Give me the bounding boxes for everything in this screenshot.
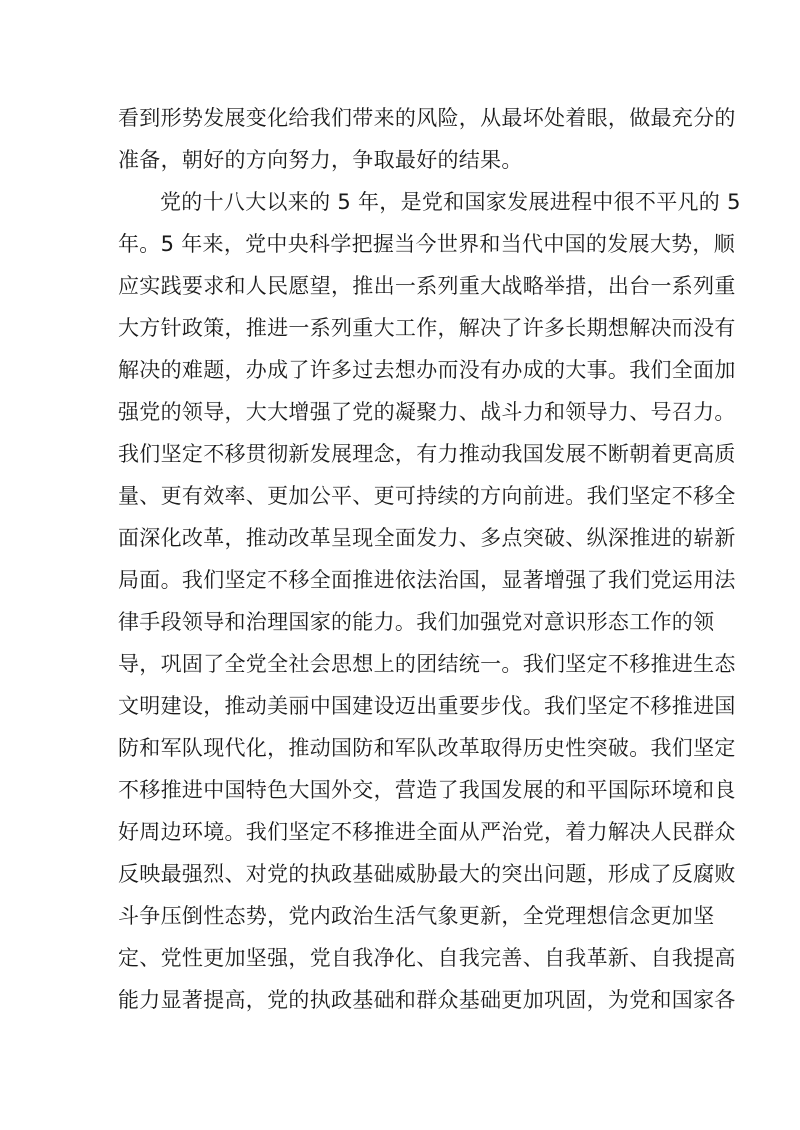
text-line: 局面。我们坚定不移全面推进依法治国，显著增强了我们党运用法 [118, 559, 680, 601]
text-line: 防和军队现代化，推动国防和军队改革取得历史性突破。我们坚定 [118, 727, 680, 769]
text-line: 解决的难题，办成了许多过去想办而没有办成的大事。我们全面加 [118, 349, 680, 391]
document-page: 看到形势发展变化给我们带来的风险，从最坏处着眼，做最充分的 准备，朝好的方向努力… [0, 0, 800, 1130]
text-line: 强党的领导，大大增强了党的凝聚力、战斗力和领导力、号召力。 [118, 391, 680, 433]
text-line: 能力显著提高，党的执政基础和群众基础更加巩固，为党和国家各 [118, 979, 680, 1021]
text-line: 我们坚定不移贯彻新发展理念，有力推动我国发展不断朝着更高质 [118, 433, 680, 475]
text-line: 不移推进中国特色大国外交，营造了我国发展的和平国际环境和良 [118, 769, 680, 811]
text-line: 反映最强烈、对党的执政基础威胁最大的突出问题，形成了反腐败 [118, 853, 680, 895]
text-line: 面深化改革，推动改革呈现全面发力、多点突破、纵深推进的崭新 [118, 517, 680, 559]
text-line: 准备，朝好的方向努力，争取最好的结果。 [118, 139, 680, 181]
text-line: 量、更有效率、更加公平、更可持续的方向前进。我们坚定不移全 [118, 475, 680, 517]
text-line: 应实践要求和人民愿望，推出一系列重大战略举措，出台一系列重 [118, 265, 680, 307]
text-line: 大方针政策，推进一系列重大工作，解决了许多长期想解决而没有 [118, 307, 680, 349]
text-line: 斗争压倒性态势，党内政治生活气象更新，全党理想信念更加坚 [118, 895, 680, 937]
text-line: 年。5 年来，党中央科学把握当今世界和当代中国的发展大势，顺 [118, 223, 680, 265]
text-body: 看到形势发展变化给我们带来的风险，从最坏处着眼，做最充分的 准备，朝好的方向努力… [118, 97, 680, 1021]
text-line-paragraph-start: 党的十八大以来的 5 年，是党和国家发展进程中很不平凡的 5 [118, 181, 680, 223]
text-line: 导，巩固了全党全社会思想上的团结统一。我们坚定不移推进生态 [118, 643, 680, 685]
text-line: 律手段领导和治理国家的能力。我们加强党对意识形态工作的领 [118, 601, 680, 643]
text-line: 好周边环境。我们坚定不移推进全面从严治党，着力解决人民群众 [118, 811, 680, 853]
text-line: 看到形势发展变化给我们带来的风险，从最坏处着眼，做最充分的 [118, 97, 680, 139]
text-line: 文明建设，推动美丽中国建设迈出重要步伐。我们坚定不移推进国 [118, 685, 680, 727]
text-line: 定、党性更加坚强，党自我净化、自我完善、自我革新、自我提高 [118, 937, 680, 979]
